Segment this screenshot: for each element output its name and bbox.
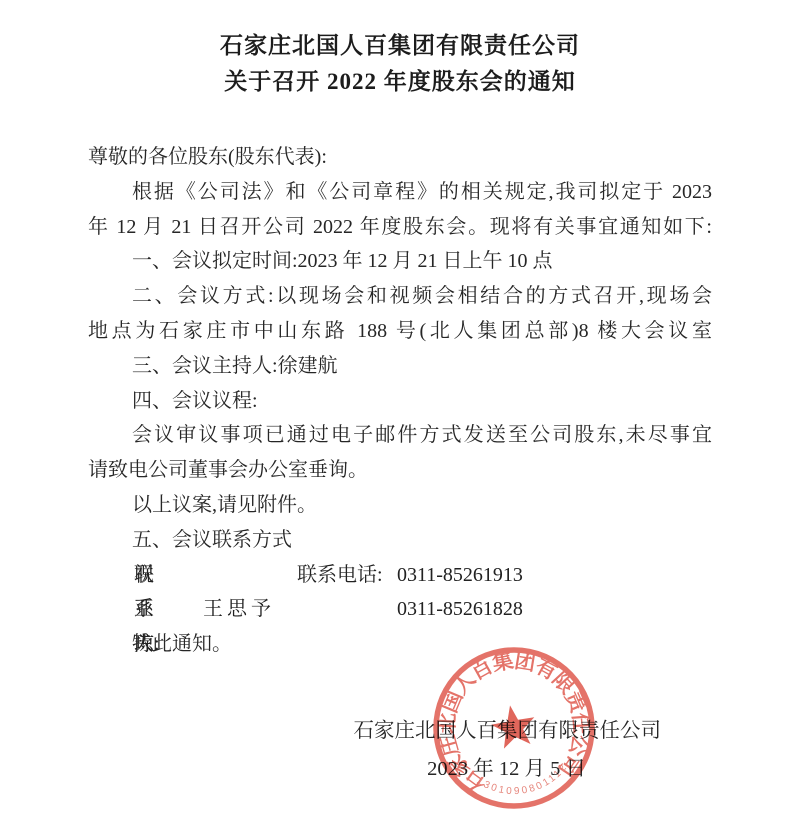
body-line-agenda-heading: 四、会议议程: bbox=[88, 384, 712, 419]
signature-company: 石家庄北国人百集团有限责任公司 bbox=[0, 716, 800, 746]
closing-statement: 特此通知。 bbox=[88, 627, 712, 662]
body-line-contact-heading: 五、会议联系方式 bbox=[88, 523, 712, 558]
body-line: 请致电公司董事会办公室垂询。 bbox=[88, 453, 712, 488]
body-line-meeting-time: 一、会议拟定时间:2023 年 12 月 21 日上午 10 点 bbox=[88, 244, 712, 279]
body-line: 会议审议事项已通过电子邮件方式发送至公司股东,未尽事宜 bbox=[88, 418, 712, 453]
contact-row: 联系人:祝亚琼 联系电话: 0311-85261913 bbox=[88, 558, 712, 593]
body-line: 根据《公司法》和《公司章程》的相关规定,我司拟定于 2023 bbox=[88, 175, 712, 210]
body-line-attachment-note: 以上议案,请见附件。 bbox=[88, 488, 712, 523]
contact-person-name: 王思予 bbox=[203, 592, 275, 627]
document-title-line1: 石家庄北国人百集团有限责任公司 bbox=[88, 28, 712, 64]
body-line-meeting-method: 二、会议方式:以现场会和视频会相结合的方式召开,现场会 bbox=[88, 279, 712, 314]
document-body: 尊敬的各位股东(股东代表): 根据《公司法》和《公司章程》的相关规定,我司拟定于… bbox=[88, 140, 712, 662]
document-page: 石家庄北国人百集团有限责任公司 关于召开 2022 年度股东会的通知 尊敬的各位… bbox=[0, 0, 800, 837]
contact-phone-number: 0311-85261828 bbox=[397, 592, 523, 627]
contact-phone-number: 0311-85261913 bbox=[397, 558, 523, 593]
salutation: 尊敬的各位股东(股东代表): bbox=[88, 140, 712, 175]
contact-row: 王思予 0311-85261828 bbox=[88, 592, 712, 627]
document-title-line2: 关于召开 2022 年度股东会的通知 bbox=[88, 64, 712, 100]
body-line: 年 12 月 21 日召开公司 2022 年度股东会。现将有关事宜通知如下: bbox=[88, 210, 712, 245]
body-line-meeting-host: 三、会议主持人:徐建航 bbox=[88, 349, 712, 384]
body-line-meeting-location: 地点为石家庄市中山东路 188 号(北人集团总部)8 楼大会议室 bbox=[88, 314, 712, 349]
signature-block: 石家庄北国人百集团有限责任公司 2023 年 12 月 5 日 bbox=[0, 716, 800, 784]
signature-date: 2023 年 12 月 5 日 bbox=[0, 754, 800, 784]
contact-phone-label: 联系电话: bbox=[297, 558, 383, 593]
